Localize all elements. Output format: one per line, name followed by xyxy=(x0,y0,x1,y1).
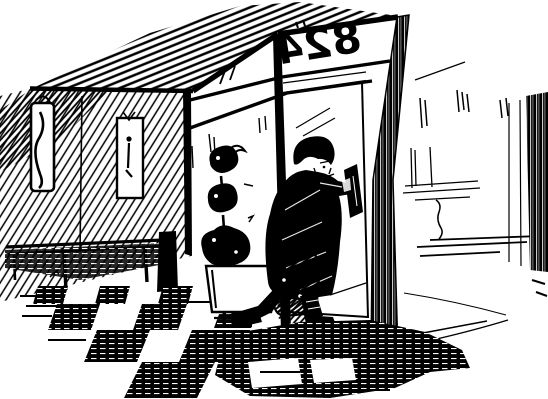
waste-bin xyxy=(157,231,178,292)
ink-drawing: 824 xyxy=(0,0,548,399)
wall-frame-left xyxy=(31,96,54,191)
wall-frame-right xyxy=(117,112,143,198)
illustration-canvas: 824 xyxy=(0,0,548,399)
